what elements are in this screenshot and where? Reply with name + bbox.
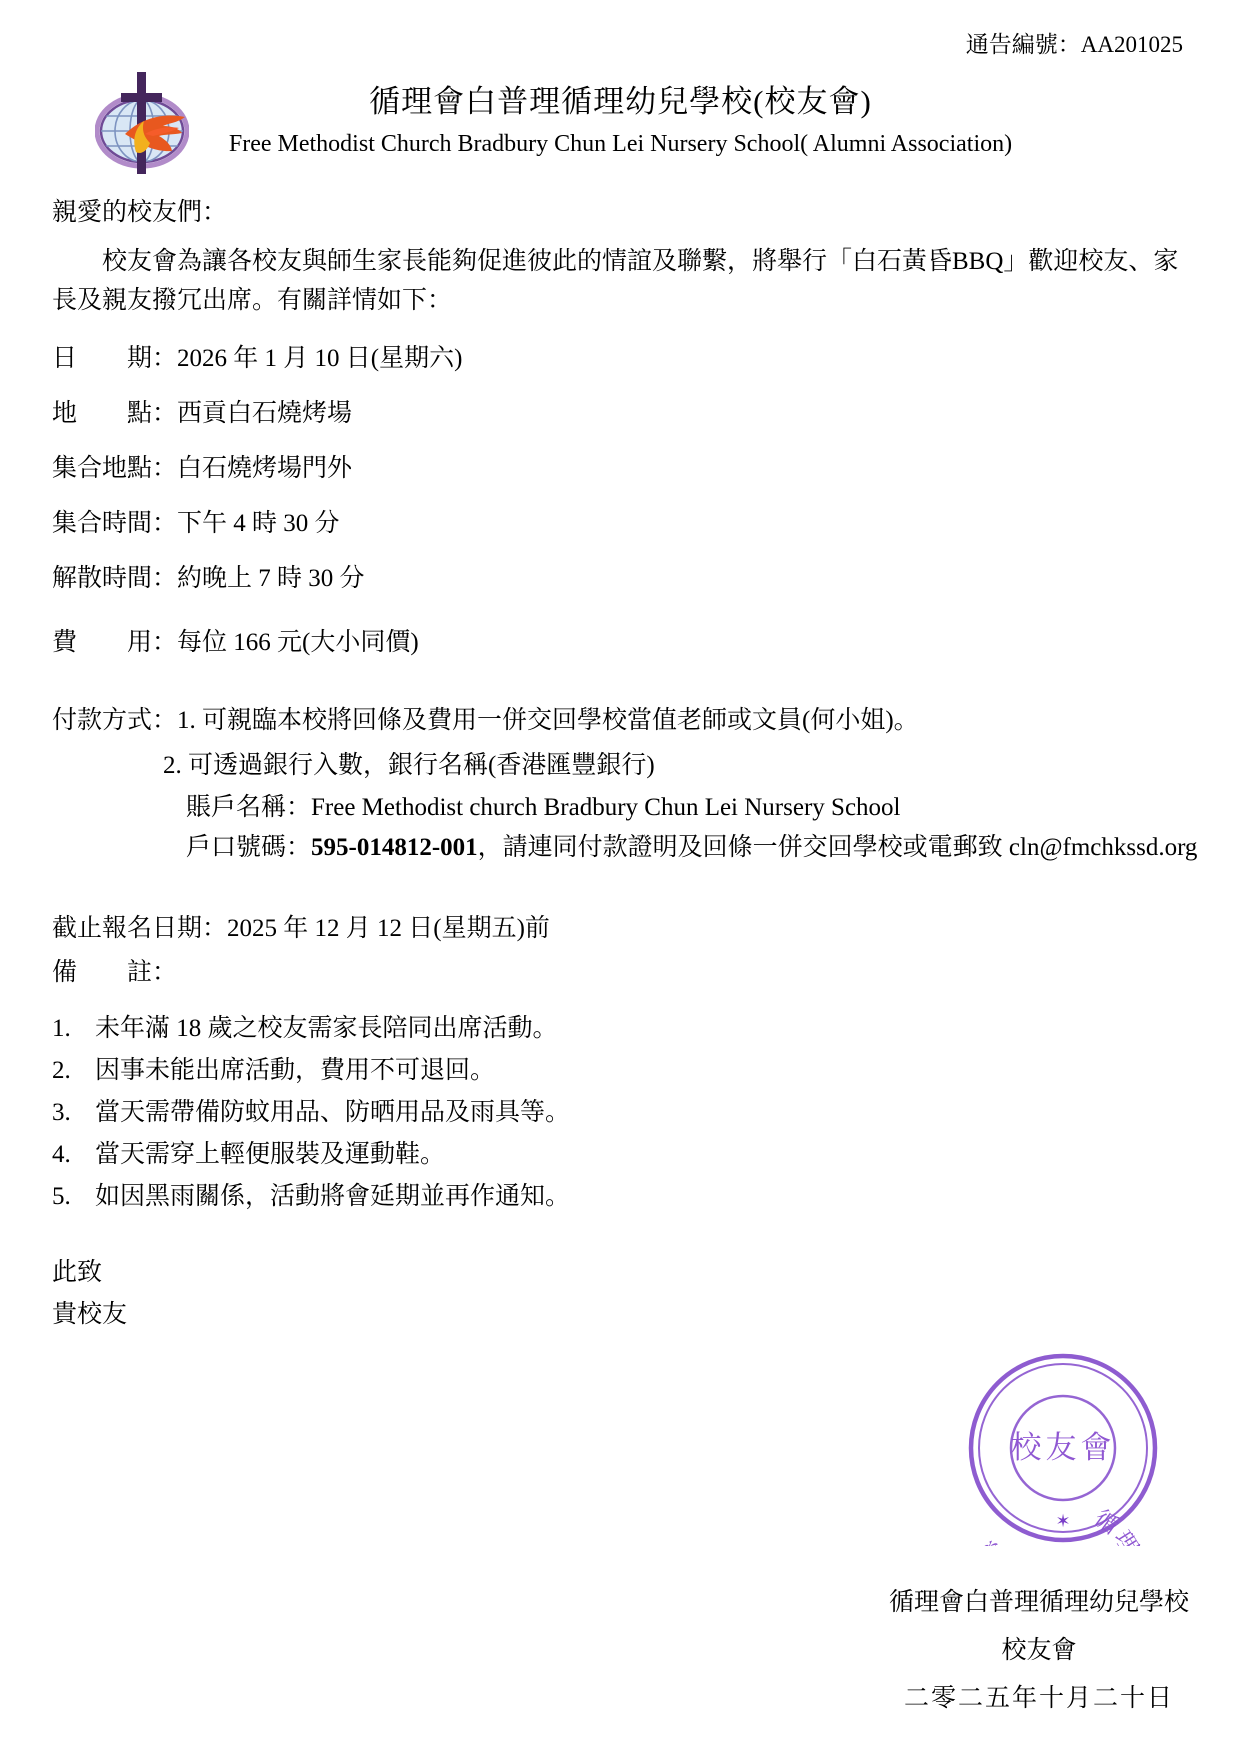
remark-item: 2.因事未能出席活動，費用不可退回。 [52,1050,1192,1086]
remark-text: 當天需穿上輕便服裝及運動鞋。 [95,1141,445,1168]
payment-method-number: 1. [177,707,196,734]
account-name-line: 賬戶名稱：Free Methodist church Bradbury Chun… [186,787,900,823]
detail-label: 地 點： [52,400,177,427]
notice-document-page: 通告編號：AA201025 循理會白普理循理幼兒學校(校友會) Free Met… [0,0,1241,1755]
remark-number: 2. [52,1057,95,1085]
payment-method-1: 付款方式：1. 可親臨本校將回條及費用一併交回學校當值老師或文員(何小姐)。 [52,700,919,736]
detail-row-dismiss-time: 解散時間：約晚上 7 時 30 分 [52,558,365,594]
school-name-zh: 循理會白普理循理幼兒學校(校友會) [0,76,1241,121]
detail-value: 2026 年 1 月 10 日(星期六) [177,345,462,372]
detail-row-meeting-time: 集合時間：下午 4 時 30 分 [52,503,340,539]
signature-date: 二零二五年十月二十日 [889,1678,1189,1714]
payment-method-text: 可透過銀行入數，銀行名稱(香港匯豐銀行) [188,752,655,779]
payment-method-2: 2. 可透過銀行入數，銀行名稱(香港匯豐銀行) [163,745,655,781]
alumni-association-stamp: 循理會◆白普理循理幼兒學校 校友會 ✶ [966,1350,1160,1546]
stamp-center-text: 校友會 [1011,1430,1116,1465]
detail-row-fee: 費 用：每位 166 元(大小同價) [52,622,419,658]
notice-number: 通告編號：AA201025 [966,26,1183,59]
payment-label: 付款方式： [52,707,177,734]
addressee: 貴校友 [52,1294,127,1330]
detail-label: 日 期： [52,345,177,372]
account-name-label: 賬戶名稱： [186,794,311,821]
remark-item: 3.當天需帶備防蚊用品、防晒用品及雨具等。 [52,1092,1192,1128]
account-number: 595-014812-001 [311,834,478,861]
remark-item: 4.當天需穿上輕便服裝及運動鞋。 [52,1134,1192,1170]
detail-value: 每位 166 元(大小同價) [177,629,419,656]
signature-school-name: 循理會白普理循理幼兒學校 [889,1582,1189,1618]
deadline-line: 截止報名日期：2025 年 12 月 12 日(星期五)前 [52,908,550,944]
detail-value: 白石燒烤場門外 [177,455,352,482]
detail-label: 費 用： [52,629,177,656]
detail-row-date: 日 期：2026 年 1 月 10 日(星期六) [52,338,462,374]
remarks-label: 備 註： [52,952,177,988]
remark-text: 因事未能出席活動，費用不可退回。 [95,1057,495,1084]
detail-label: 集合時間： [52,510,177,537]
detail-label: 解散時間： [52,565,177,592]
payment-method-text: 可親臨本校將回條及費用一併交回學校當值老師或文員(何小姐)。 [202,707,919,734]
detail-value: 下午 4 時 30 分 [177,510,340,537]
salutation: 親愛的校友們： [52,192,227,228]
remark-number: 1. [52,1015,95,1043]
remark-number: 4. [52,1141,95,1169]
payment-method-number: 2. [163,752,182,779]
remark-item: 5.如因黑雨關係，活動將會延期並再作通知。 [52,1176,1192,1212]
detail-row-meeting-place: 集合地點：白石燒烤場門外 [52,448,352,484]
remark-item: 1.未年滿 18 歲之校友需家長陪同出席活動。 [52,1008,1192,1044]
remark-text: 未年滿 18 歲之校友需家長陪同出席活動。 [95,1015,558,1042]
detail-value: 西貢白石燒烤場 [177,400,352,427]
account-number-label: 戶口號碼： [186,834,311,861]
school-name-en: Free Methodist Church Bradbury Chun Lei … [0,131,1241,158]
detail-row-location: 地 點：西貢白石燒烤場 [52,393,352,429]
remark-number: 3. [52,1099,95,1127]
intro-paragraph: 校友會為讓各校友與師生家長能夠促進彼此的情誼及聯繫，將舉行「白石黃昏BBQ」歡迎… [52,242,1194,320]
stamp-star-icon: ✶ [1055,1511,1070,1531]
detail-label: 集合地點： [52,455,177,482]
account-name: Free Methodist church Bradbury Chun Lei … [311,794,900,821]
account-number-suffix: ，請連同付款證明及回條一併交回學校或電郵致 cln@fmchkssd.org [478,834,1198,861]
remark-number: 5. [52,1183,95,1211]
remark-text: 當天需帶備防蚊用品、防晒用品及雨具等。 [95,1099,570,1126]
detail-value: 約晚上 7 時 30 分 [177,565,365,592]
valediction: 此致 [52,1252,102,1288]
signature-org: 校友會 [889,1630,1189,1666]
remark-text: 如因黑雨關係，活動將會延期並再作通知。 [95,1183,570,1210]
account-number-line: 戶口號碼：595-014812-001，請連同付款證明及回條一併交回學校或電郵致… [186,827,1197,863]
